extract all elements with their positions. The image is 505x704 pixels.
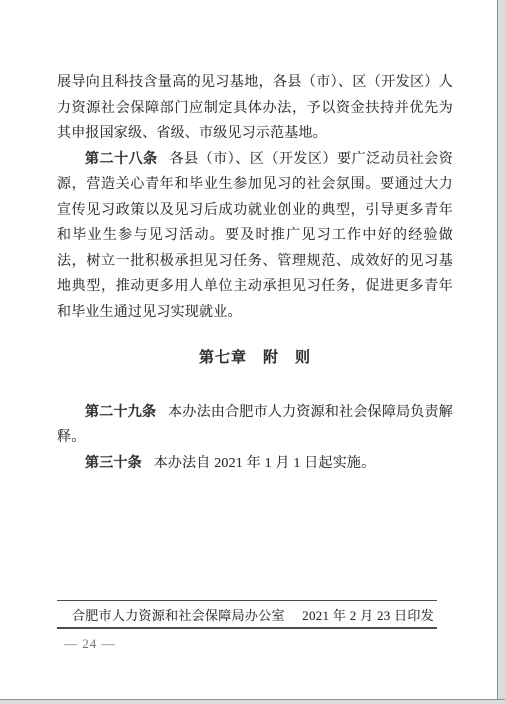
document-page: 展导向且科技含量高的见习基地，各县（市）、区（开发区）人力资源社会保障部门应制定… xyxy=(0,0,505,704)
paragraph-article-29: 第二十九条本办法由合肥市人力资源和社会保障局负责解释。 xyxy=(57,400,453,451)
article-28-number: 第二十八条 xyxy=(85,152,158,167)
scan-edge-bottom xyxy=(0,699,505,704)
chapter-heading: 第七章 附 则 xyxy=(57,346,453,372)
article-29-number: 第二十九条 xyxy=(85,405,156,420)
article-30-number: 第三十条 xyxy=(85,456,142,471)
paragraph-continuation: 展导向且科技含量高的见习基地，各县（市）、区（开发区）人力资源社会保障部门应制定… xyxy=(57,70,453,147)
footer-issuer: 合肥市人力资源和社会保障局办公室 xyxy=(72,605,285,624)
paragraph-article-30: 第三十条本办法自 2021 年 1 月 1 日起实施。 xyxy=(57,451,453,477)
document-body: 展导向且科技含量高的见习基地，各县（市）、区（开发区）人力资源社会保障部门应制定… xyxy=(57,70,453,476)
scan-edge-right xyxy=(497,0,505,704)
page-number: — 24 — xyxy=(64,636,116,652)
footer-print-date: 2021 年 2 月 23 日印发 xyxy=(302,605,434,624)
paragraph-article-28: 第二十八条各县（市）、区（开发区）要广泛动员社会资源，营造关心青年和毕业生参加见… xyxy=(57,147,453,326)
article-30-text: 本办法自 2021 年 1 月 1 日起实施。 xyxy=(154,456,376,471)
article-28-text: 各县（市）、区（开发区）要广泛动员社会资源，营造关心青年和毕业生参加见习的社会氛… xyxy=(57,152,453,320)
document-footer: 合肥市人力资源和社会保障局办公室 2021 年 2 月 23 日印发 xyxy=(57,600,437,629)
